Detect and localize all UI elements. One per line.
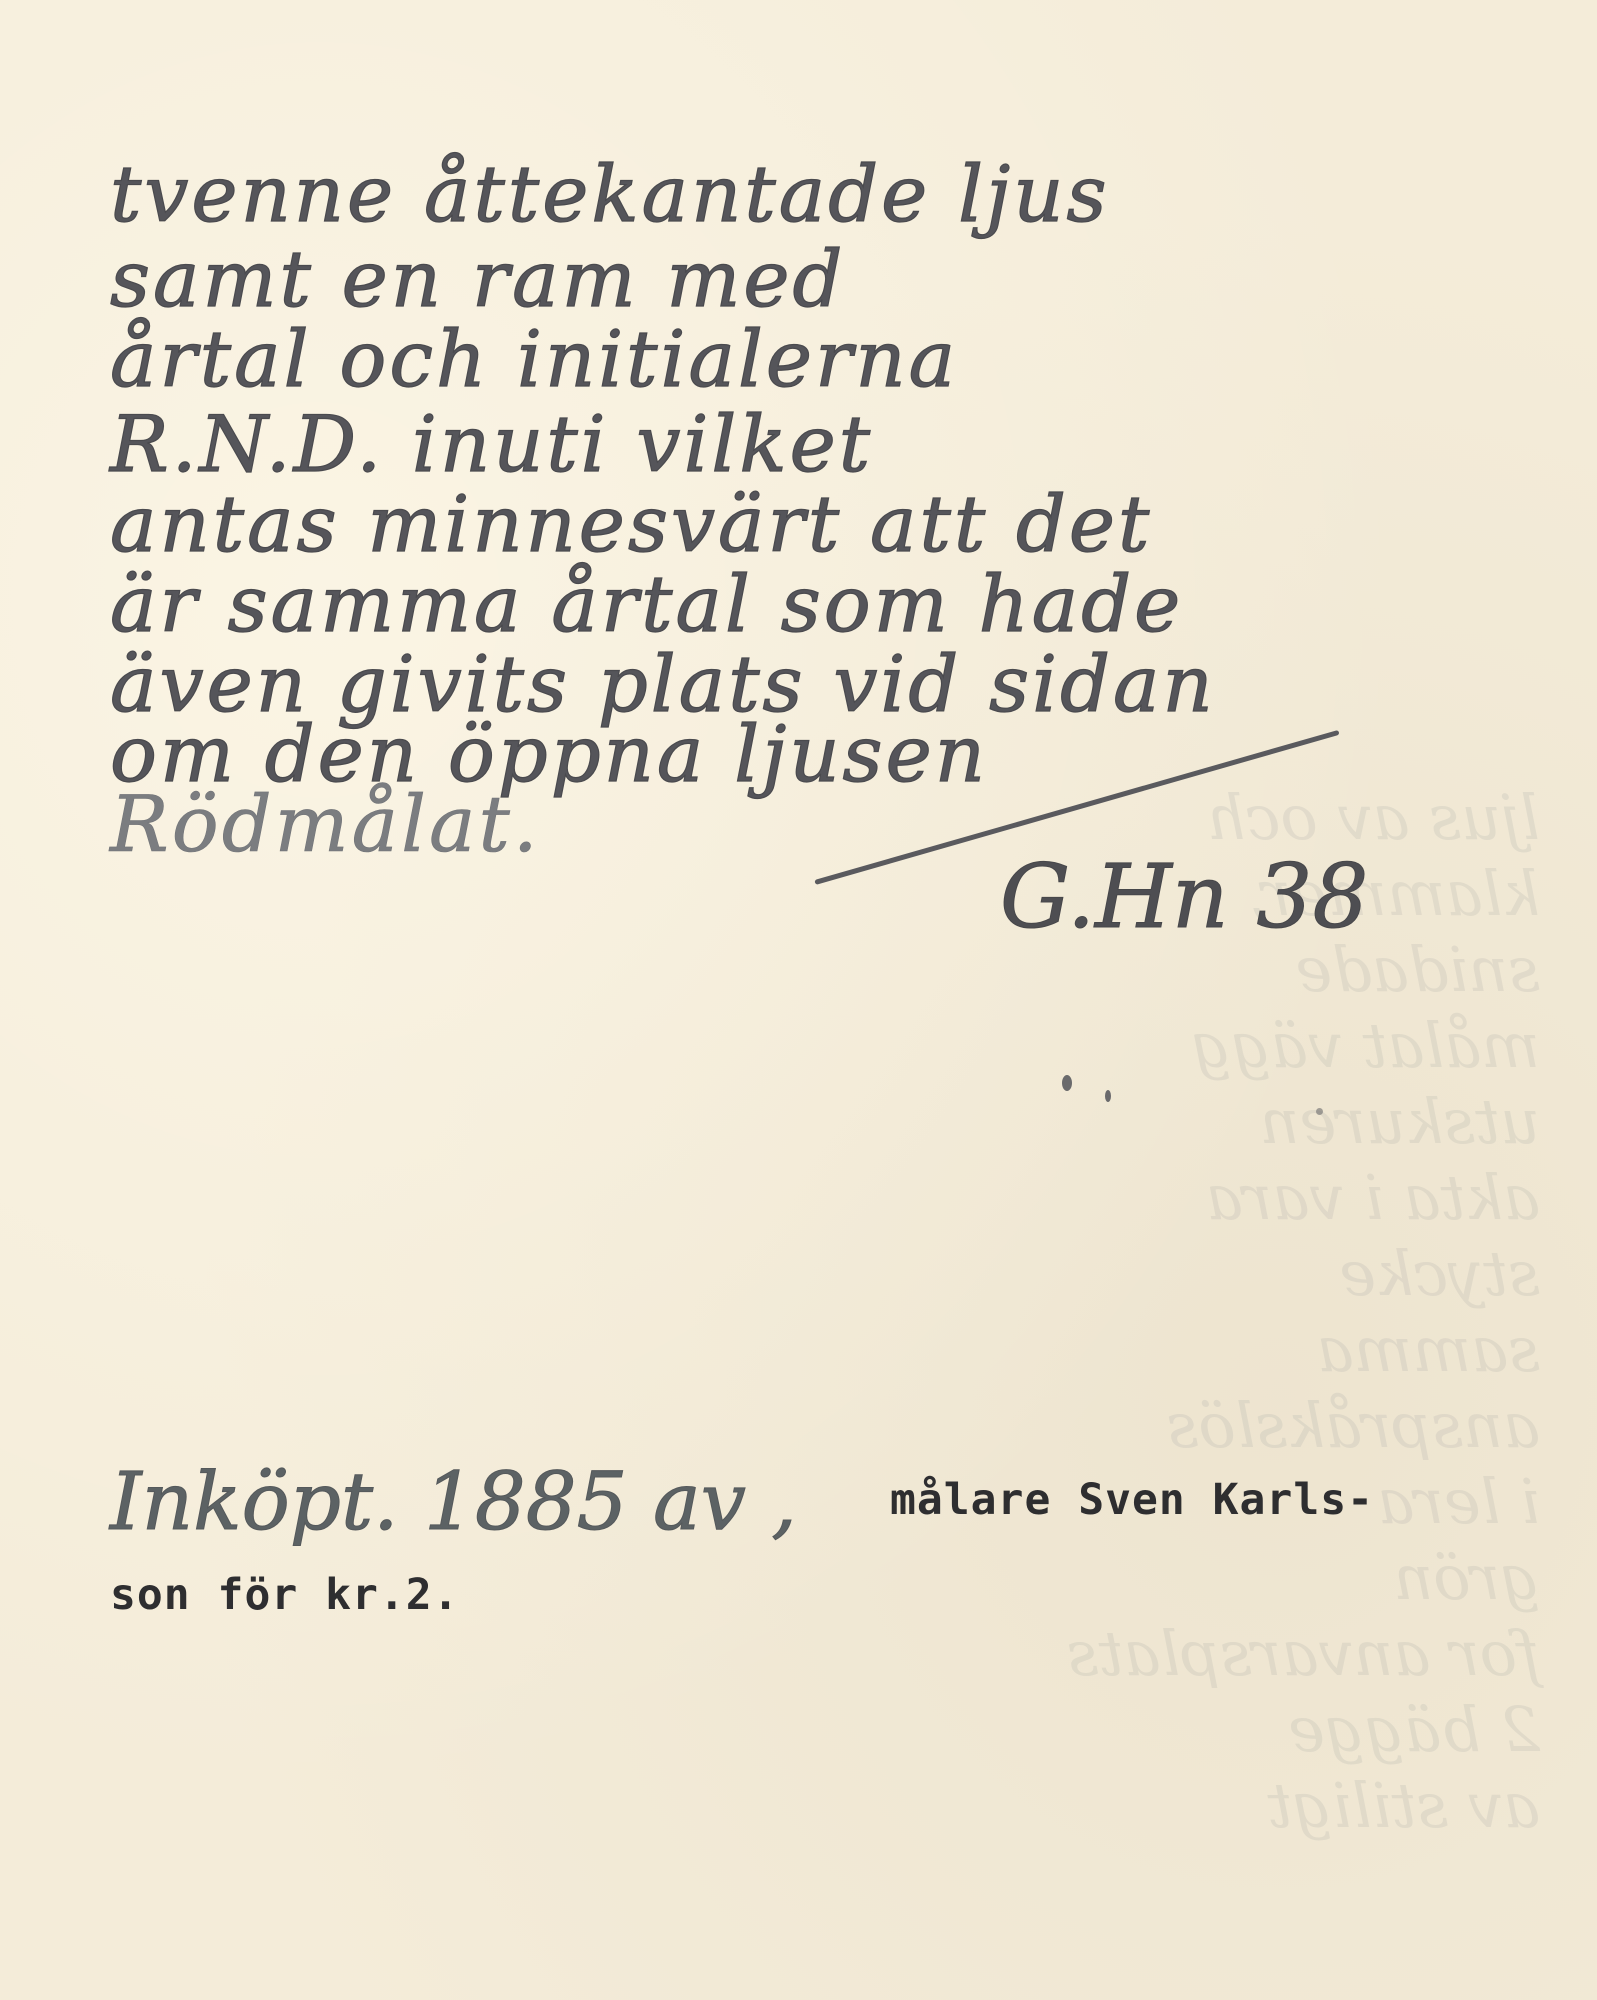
ink-mark bbox=[1062, 1075, 1072, 1091]
handwritten-line-5: antas minnesvärt att det bbox=[110, 480, 1152, 570]
signature: G.Hn 38 bbox=[1000, 845, 1369, 948]
acquisition-typed-line-1: målare Sven Karls- bbox=[890, 1475, 1374, 1525]
acquisition-typed-line-2: son för kr.2. bbox=[110, 1570, 460, 1620]
handwritten-line-6: är samma årtal som hade bbox=[110, 560, 1183, 650]
ink-mark bbox=[1105, 1090, 1111, 1102]
handwritten-line-1: tvenne åttekantade ljus bbox=[110, 150, 1109, 240]
handwritten-line-9: Rödmålat. bbox=[110, 780, 541, 870]
ink-speck bbox=[1316, 1108, 1323, 1115]
document-page: ljus av och klammer, snidade målat vägg … bbox=[0, 0, 1597, 2000]
bleed-through-text: ljus av och klammer, snidade målat vägg … bbox=[600, 780, 1540, 1980]
handwritten-line-3: årtal och initialerna bbox=[110, 315, 958, 405]
handwritten-line-2: samt en ram med bbox=[110, 235, 845, 325]
handwritten-line-4: R.N.D. inuti vilket bbox=[110, 400, 873, 490]
acquisition-handwritten: Inköpt. 1885 av , bbox=[110, 1455, 797, 1548]
